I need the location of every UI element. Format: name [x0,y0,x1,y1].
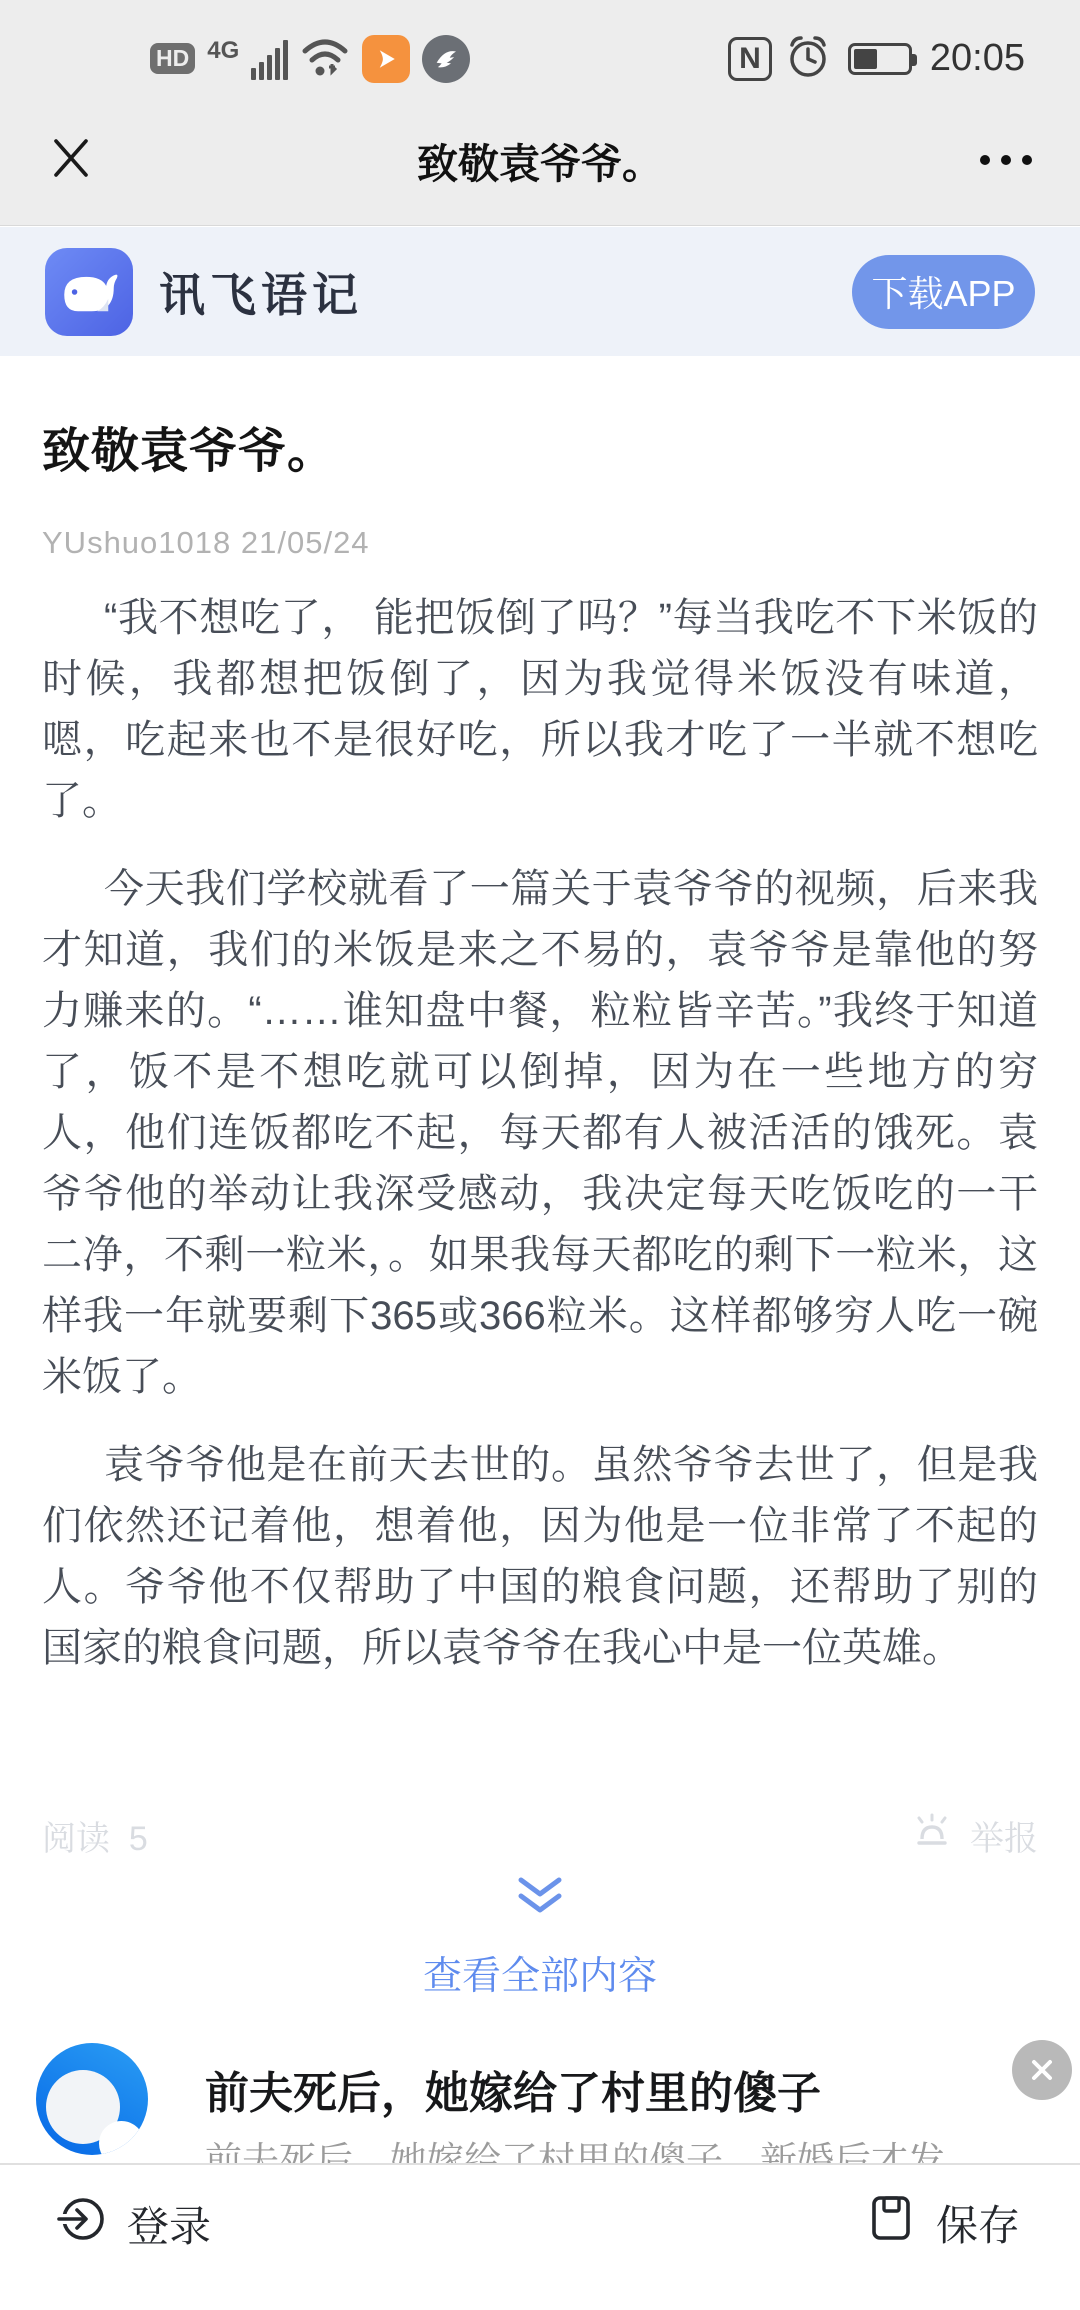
article-byline: YUshuo1018 21/05/24 [42,525,1038,561]
report-button[interactable]: 举报 [910,1809,1038,1862]
save-label: 保存 [936,2193,1020,2253]
dingtalk-icon [422,35,470,83]
alarm-clock-icon [784,32,832,85]
expand-section: 查看全部内容 [0,1872,1080,2001]
nfc-icon: N [728,37,772,81]
article-body: “我不想吃了， 能把饭倒了吗？”每当我吃不下米饭的时候，我都想把饭倒了，因为我觉… [42,588,1038,1679]
app-logo-whale-icon [45,248,133,336]
article-paragraph: 袁爷爷他是在前天去世的。虽然爷爷去世了，但是我们依然还记着他，想着他，因为他是一… [42,1435,1038,1679]
download-app-button[interactable]: 下载APP [852,255,1035,329]
app-name: 讯飞语记 [159,259,363,325]
status-bar: HD 4G [0,0,1080,95]
nav-bar: 致敬袁爷爷。 [0,95,1080,226]
network-type-label: 4G [207,37,239,65]
article-author: YUshuo1018 [42,525,231,560]
more-menu-icon[interactable] [980,155,1032,165]
article-paragraph: 今天我们学校就看了一篇关于袁爷爷的视频，后来我才知道，我们的米饭是来之不易的，袁… [42,859,1038,1408]
promo-title[interactable]: 前夫死后，她嫁给了村里的傻子 [205,2057,821,2121]
chevron-double-down-icon[interactable] [507,1911,573,1928]
promo-close-button[interactable] [1012,2040,1072,2100]
login-icon [55,2193,107,2255]
battery-icon [848,43,912,75]
app-banner: 讯飞语记 下载APP [0,227,1080,356]
close-icon[interactable] [48,135,94,186]
login-label: 登录 [127,2194,211,2254]
save-button[interactable]: 保存 [866,2193,1020,2253]
status-time: 20:05 [930,37,1025,80]
read-count: 阅读 5 [42,1811,148,1860]
save-icon [866,2193,916,2253]
report-label: 举报 [970,1811,1038,1860]
signal-strength-icon [251,38,288,80]
hd-icon: HD [150,43,195,74]
article-meta-row: 阅读 5 举报 [42,1805,1038,1865]
qq-browser-logo [36,2043,148,2155]
article-paragraph: “我不想吃了， 能把饭倒了吗？”每当我吃不下米饭的时候，我都想把饭倒了，因为我觉… [42,588,1038,832]
view-all-link[interactable]: 查看全部内容 [0,1945,1080,2001]
promo-subtitle: 前夫死后，她嫁给了村里的傻子，新婚后才发 [205,2130,1005,2163]
siren-icon [910,1809,954,1862]
play-app-icon [362,35,410,83]
status-left-icons: HD 4G [150,33,470,84]
promo-card[interactable]: 前夫死后，她嫁给了村里的傻子 前夫死后，她嫁给了村里的傻子，新婚后才发 [0,2020,1080,2163]
article-date: 21/05/24 [241,525,370,560]
nav-title: 致敬袁爷爷。 [0,131,1080,190]
screen: HD 4G [0,0,1080,2310]
login-button[interactable]: 登录 [55,2193,211,2255]
article: 致敬袁爷爷。 YUshuo1018 21/05/24 “我不想吃了， 能把饭倒了… [0,356,1080,1800]
article-title: 致敬袁爷爷。 [42,412,1038,481]
read-count-value: 5 [129,1820,148,1858]
bottom-bar: 登录 保存 [0,2163,1080,2310]
read-label: 阅读 [42,1820,110,1858]
wifi-icon [300,33,350,84]
status-right-icons: N 20:05 [728,32,1025,85]
